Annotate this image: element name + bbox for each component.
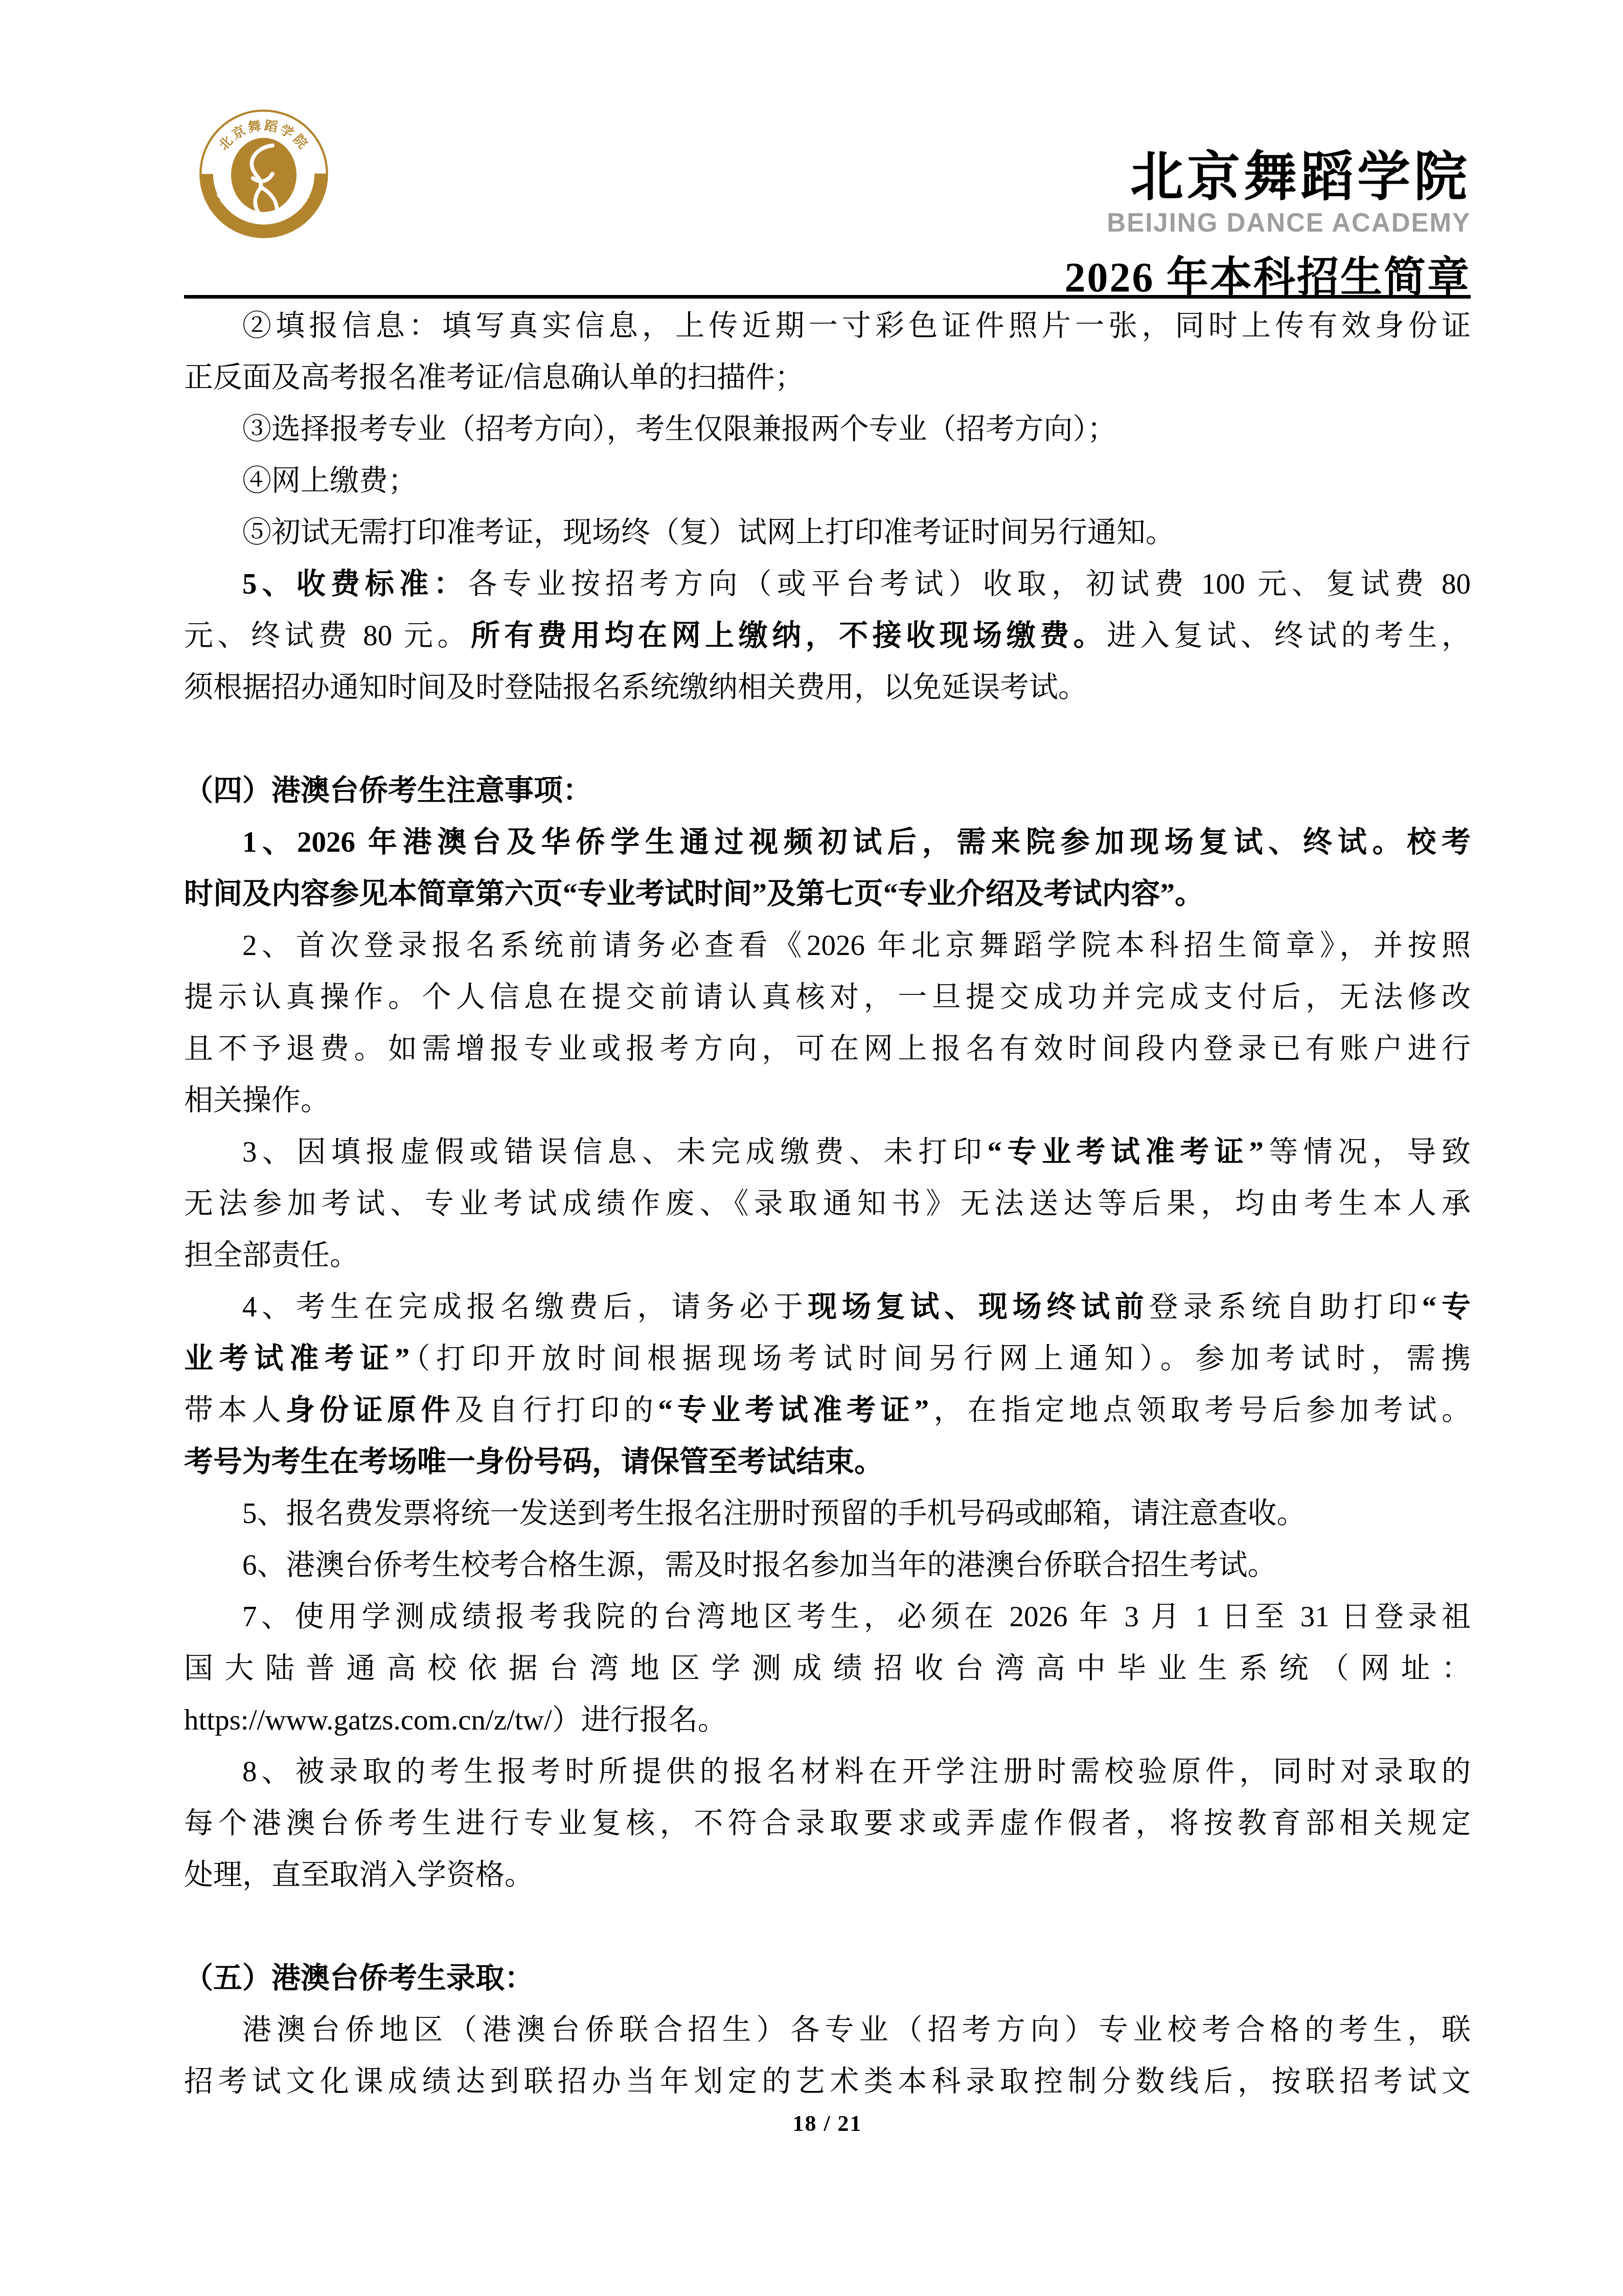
text-line: 无法参加考试、专业考试成绩作废、《录取通知书》无法送达等后果，均由考生本人承 — [184, 1178, 1471, 1230]
text-run: 相关操作。 — [184, 1084, 330, 1117]
text-run: 各专业按招考方向（或平台考试）收取，初试费 100 元、复试费 80 — [468, 568, 1471, 600]
text-line: https://www.gatzs.com.cn/z/tw/）进行报名。 — [184, 1694, 1471, 1746]
text-run: 招考试文化课成绩达到联招办当年划定的艺术类本科录取控制分数线后，按联招考试文 — [184, 2065, 1471, 2098]
text-line: ④网上缴费； — [184, 455, 1471, 507]
text-run: 带本人 — [184, 1394, 286, 1426]
text-line: 正反面及高考报名准考证/信息确认单的扫描件； — [184, 352, 1471, 403]
text-line: 须根据招办通知时间及时登陆报名系统缴纳相关费用，以免延误考试。 — [184, 662, 1471, 713]
header-title-block: 北京舞蹈学院 BEIJING DANCE ACADEMY 2026 年本科招生简… — [1064, 150, 1471, 304]
text-line: 1、2026 年港澳台及华侨学生通过视频初试后，需来院参加现场复试、终试。校考 — [184, 816, 1471, 868]
text-run: https://www.gatzs.com.cn/z/tw/）进行报名。 — [184, 1704, 727, 1736]
text-line: 5、收费标准：各专业按招考方向（或平台考试）收取，初试费 100 元、复试费 8… — [184, 558, 1471, 610]
text-line: 6、港澳台侨考生校考合格生源，需及时报名参加当年的港澳台侨联合招生考试。 — [184, 1539, 1471, 1591]
text-run: ，在指定地点领取考号后参加考试。 — [929, 1394, 1471, 1426]
text-run: 正反面及高考报名准考证/信息确认单的扫描件； — [184, 361, 804, 394]
text-line: 3、因填报虚假或错误信息、未完成缴费、未打印“专业考试准考证”等情况，导致 — [184, 1126, 1471, 1178]
text-line: 考号为考生在考场唯一身份号码，请保管至考试结束。 — [184, 1436, 1471, 1488]
text-line: 4、考生在完成报名缴费后，请务必于现场复试、现场终试前登录系统自助打印“专 — [184, 1281, 1471, 1333]
text-line: ②填报信息：填写真实信息，上传近期一寸彩色证件照片一张，同时上传有效身份证 — [184, 300, 1471, 352]
text-run: 6、港澳台侨考生校考合格生源，需及时报名参加当年的港澳台侨联合招生考试。 — [242, 1549, 1277, 1581]
brochure-title: 2026 年本科招生简章 — [1064, 244, 1471, 304]
text-run: 8、被录取的考生报考时所提供的报名材料在开学注册时需校验原件，同时对录取的 — [242, 1756, 1471, 1788]
text-run: 现场复试、现场终试前 — [808, 1291, 1149, 1323]
text-run: 5、报名费发票将统一发送到考生报名注册时预留的手机号码或邮箱，请注意查收。 — [242, 1497, 1306, 1530]
text-line: 提示认真操作。个人信息在提交前请认真核对，一旦提交成功并完成支付后，无法修改 — [184, 971, 1471, 1023]
text-run: 等情况，导致 — [1264, 1136, 1471, 1168]
text-line: 2、首次登录报名系统前请务必查看《2026 年北京舞蹈学院本科招生简章》，并按照 — [184, 920, 1471, 971]
text-run: 及自行打印的 — [455, 1394, 658, 1426]
text-run: ③选择报考专业（招考方向），考生仅限兼报两个专业（招考方向）； — [242, 413, 1116, 445]
text-line: 相关操作。 — [184, 1075, 1471, 1126]
text-run: ⑤初试无需打印准考证，现场终（复）试网上打印准考证时间另行通知。 — [242, 516, 1175, 549]
text-run: “专 — [1422, 1291, 1471, 1323]
text-run: 元、终试费 80 元。 — [184, 620, 471, 652]
text-run: 提示认真操作。个人信息在提交前请认真核对，一旦提交成功并完成支付后，无法修改 — [184, 981, 1471, 1013]
blank-line — [184, 1901, 1471, 1952]
text-run: 所有费用均在网上缴纳，不接收现场缴费。 — [471, 620, 1107, 652]
text-run: 7、使用学测成绩报考我院的台湾地区考生，必须在 2026 年 3 月 1 日至 … — [242, 1601, 1471, 1633]
text-line: （五）港澳台侨考生录取： — [184, 1952, 1471, 2004]
text-line: 元、终试费 80 元。所有费用均在网上缴纳，不接收现场缴费。进入复试、终试的考生… — [184, 610, 1471, 662]
text-line: 每个港澳台侨考生进行专业复核，不符合录取要求或弄虚作假者，将按教育部相关规定 — [184, 1798, 1471, 1849]
text-line: （四）港澳台侨考生注意事项： — [184, 765, 1471, 816]
text-run: 无法参加考试、专业考试成绩作废、《录取通知书》无法送达等后果，均由考生本人承 — [184, 1188, 1471, 1220]
text-run: ②填报信息：填写真实信息，上传近期一寸彩色证件照片一张，同时上传有效身份证 — [242, 310, 1471, 342]
blank-line — [184, 713, 1471, 765]
text-run: 处理，直至取消入学资格。 — [184, 1859, 534, 1891]
text-line: 招考试文化课成绩达到联招办当年划定的艺术类本科录取控制分数线后，按联招考试文 — [184, 2056, 1471, 2107]
text-run: 每个港澳台侨考生进行专业复核，不符合录取要求或弄虚作假者，将按教育部相关规定 — [184, 1807, 1471, 1839]
text-run: 身份证原件 — [286, 1394, 455, 1426]
text-line: 担全部责任。 — [184, 1230, 1471, 1281]
school-name-en: BEIJING DANCE ACADEMY — [1064, 208, 1471, 238]
text-run: （四）港澳台侨考生注意事项： — [184, 775, 592, 807]
text-run: 担全部责任。 — [184, 1239, 359, 1271]
text-line: 5、报名费发票将统一发送到考生报名注册时预留的手机号码或邮箱，请注意查收。 — [184, 1488, 1471, 1539]
text-run: 进入复试、终试的考生， — [1107, 620, 1471, 652]
text-line: 处理，直至取消入学资格。 — [184, 1849, 1471, 1901]
text-run: 3、因填报虚假或错误信息、未完成缴费、未打印 — [242, 1136, 987, 1168]
text-line: 带本人身份证原件及自行打印的“专业考试准考证”，在指定地点领取考号后参加考试。 — [184, 1384, 1471, 1436]
text-run: “专业考试准考证” — [987, 1136, 1263, 1168]
text-run: 且不予退费。如需增报专业或报考方向，可在网上报名有效时间段内登录已有账户进行 — [184, 1033, 1471, 1065]
text-line: 7、使用学测成绩报考我院的台湾地区考生，必须在 2026 年 3 月 1 日至 … — [184, 1591, 1471, 1643]
text-run: （打印开放时间根据现场考试时间另行网上通知）。参加考试时，需携 — [409, 1343, 1471, 1375]
document-body: ②填报信息：填写真实信息，上传近期一寸彩色证件照片一张，同时上传有效身份证正反面… — [184, 299, 1471, 2107]
text-run: 港澳台侨地区（港澳台侨联合招生）各专业（招考方向）专业校考合格的考生，联 — [242, 2014, 1471, 2046]
text-line: 时间及内容参见本简章第六页“专业考试时间”及第七页“专业介绍及考试内容”。 — [184, 868, 1471, 920]
text-run: 登录系统自助打印 — [1149, 1291, 1422, 1323]
school-name-cn: 北京舞蹈学院 — [1064, 150, 1471, 206]
text-line: ⑤初试无需打印准考证，现场终（复）试网上打印准考证时间另行通知。 — [184, 507, 1471, 558]
text-run: 考号为考生在考场唯一身份号码，请保管至考试结束。 — [184, 1446, 883, 1478]
text-run: 2、首次登录报名系统前请务必查看《2026 年北京舞蹈学院本科招生简章》，并按照 — [242, 929, 1471, 962]
page-number: 18 / 21 — [184, 2110, 1471, 2136]
text-run: 时间及内容参见本简章第六页“专业考试时间”及第七页“专业介绍及考试内容”。 — [184, 878, 1204, 910]
text-run: （五）港澳台侨考生录取： — [184, 1962, 534, 1994]
text-run: 4、考生在完成报名缴费后，请务必于 — [242, 1291, 808, 1323]
text-run: 5、收费标准： — [242, 568, 468, 600]
text-run: ④网上缴费； — [242, 465, 417, 497]
text-line: 且不予退费。如需增报专业或报考方向，可在网上报名有效时间段内登录已有账户进行 — [184, 1023, 1471, 1075]
text-run: “专业考试准考证” — [658, 1394, 929, 1426]
text-run: 业考试准考证” — [184, 1343, 409, 1375]
text-line: 8、被录取的考生报考时所提供的报名材料在开学注册时需校验原件，同时对录取的 — [184, 1746, 1471, 1798]
page-header: 北京舞蹈学院 BEIJING DANCE ACADEMY 北京舞蹈学院 BEIJ… — [184, 0, 1471, 295]
text-line: 业考试准考证”（打印开放时间根据现场考试时间另行网上通知）。参加考试时，需携 — [184, 1333, 1471, 1384]
school-seal-logo-icon: 北京舞蹈学院 BEIJING DANCE ACADEMY — [198, 108, 329, 239]
text-run: 国大陆普通高校依据台湾地区学测成绩招收台湾高中毕业生系统（网址： — [184, 1652, 1471, 1685]
text-line: 国大陆普通高校依据台湾地区学测成绩招收台湾高中毕业生系统（网址： — [184, 1643, 1471, 1694]
text-line: 港澳台侨地区（港澳台侨联合招生）各专业（招考方向）专业校考合格的考生，联 — [184, 2004, 1471, 2056]
document-page: 北京舞蹈学院 BEIJING DANCE ACADEMY 北京舞蹈学院 BEIJ… — [0, 0, 1623, 2296]
text-run: 须根据招办通知时间及时登陆报名系统缴纳相关费用，以免延误考试。 — [184, 671, 1087, 703]
text-run: 1、2026 年港澳台及华侨学生通过视频初试后，需来院参加现场复试、终试。校考 — [242, 826, 1471, 858]
text-line: ③选择报考专业（招考方向），考生仅限兼报两个专业（招考方向）； — [184, 403, 1471, 455]
